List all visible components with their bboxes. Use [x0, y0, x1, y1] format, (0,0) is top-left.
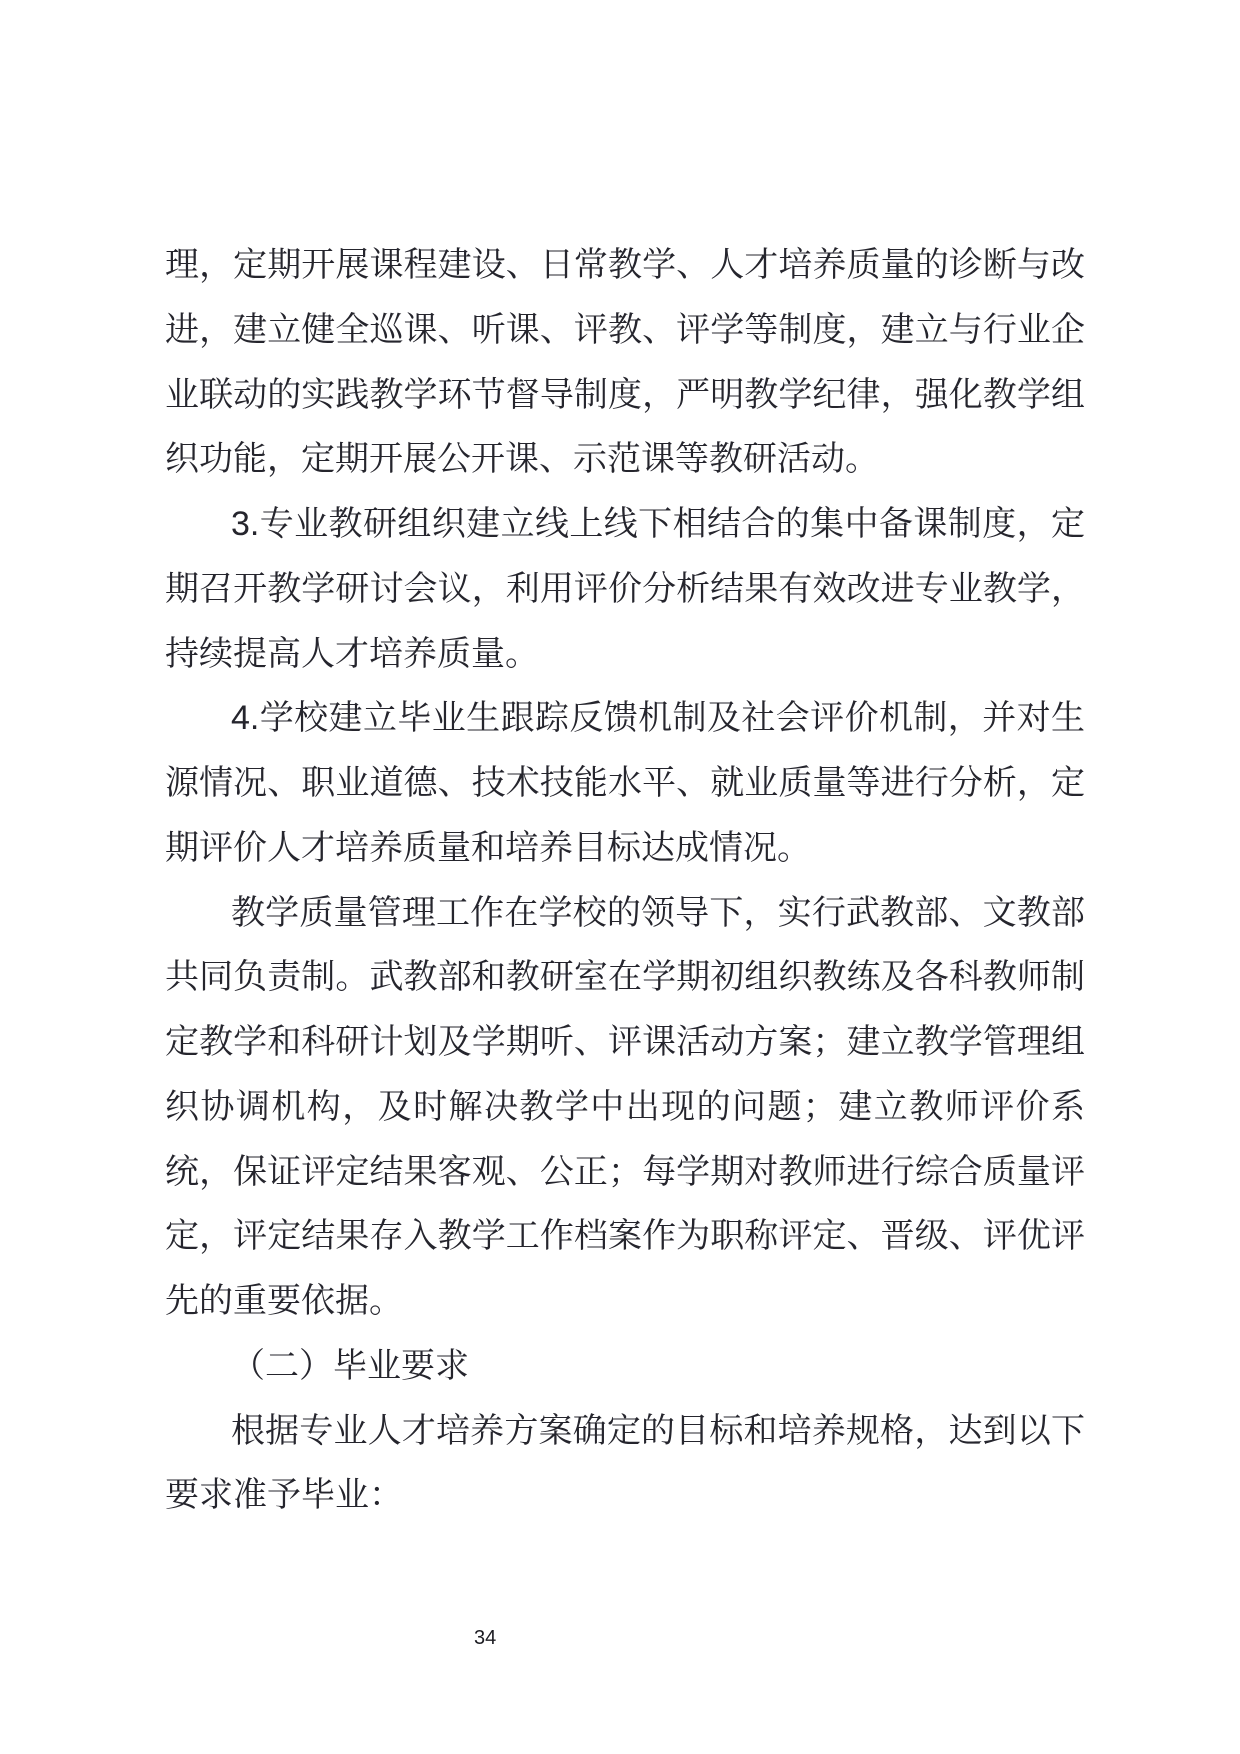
- text-line: 业联动的实践教学环节督导制度，严明教学纪律，强化教学组: [165, 363, 1085, 428]
- text-line: 统，保证评定结果客观、公正；每学期对教师进行综合质量评: [165, 1140, 1085, 1205]
- text-line: 织协调机构，及时解决教学中出现的问题；建立教师评价系: [165, 1075, 1085, 1140]
- text-line: 先的重要依据。: [165, 1269, 1085, 1334]
- document-page: 理，定期开展课程建设、日常教学、人才培养质量的诊断与改进，建立健全巡课、听课、评…: [0, 0, 1240, 1754]
- text-line: 根据专业人才培养方案确定的目标和培养规格，达到以下: [165, 1399, 1085, 1464]
- text-line: 源情况、职业道德、技术技能水平、就业质量等进行分析，定: [165, 751, 1085, 816]
- text-line: 织功能，定期开展公开课、示范课等教研活动。: [165, 427, 1085, 492]
- document-body: 理，定期开展课程建设、日常教学、人才培养质量的诊断与改进，建立健全巡课、听课、评…: [165, 233, 1085, 1528]
- text-line: 持续提高人才培养质量。: [165, 622, 1085, 687]
- text-line: 共同负责制。武教部和教研室在学期初组织教练及各科教师制: [165, 945, 1085, 1010]
- text-line: 4.学校建立毕业生跟踪反馈机制及社会评价机制，并对生: [165, 686, 1085, 751]
- text-line: 定教学和科研计划及学期听、评课活动方案；建立教学管理组: [165, 1010, 1085, 1075]
- text-line: 要求准予毕业：: [165, 1463, 1085, 1528]
- text-line: 教学质量管理工作在学校的领导下，实行武教部、文教部: [165, 881, 1085, 946]
- text-line: 期召开教学研讨会议，利用评价分析结果有效改进专业教学，: [165, 557, 1085, 622]
- text-line: 定，评定结果存入教学工作档案作为职称评定、晋级、评优评: [165, 1204, 1085, 1269]
- text-line: 期评价人才培养质量和培养目标达成情况。: [165, 816, 1085, 881]
- page-number: 34: [474, 1626, 496, 1650]
- text-line: 进，建立健全巡课、听课、评教、评学等制度，建立与行业企: [165, 298, 1085, 363]
- section-heading: （二）毕业要求: [165, 1334, 1085, 1399]
- text-line: 3.专业教研组织建立线上线下相结合的集中备课制度，定: [165, 492, 1085, 557]
- text-line: 理，定期开展课程建设、日常教学、人才培养质量的诊断与改: [165, 233, 1085, 298]
